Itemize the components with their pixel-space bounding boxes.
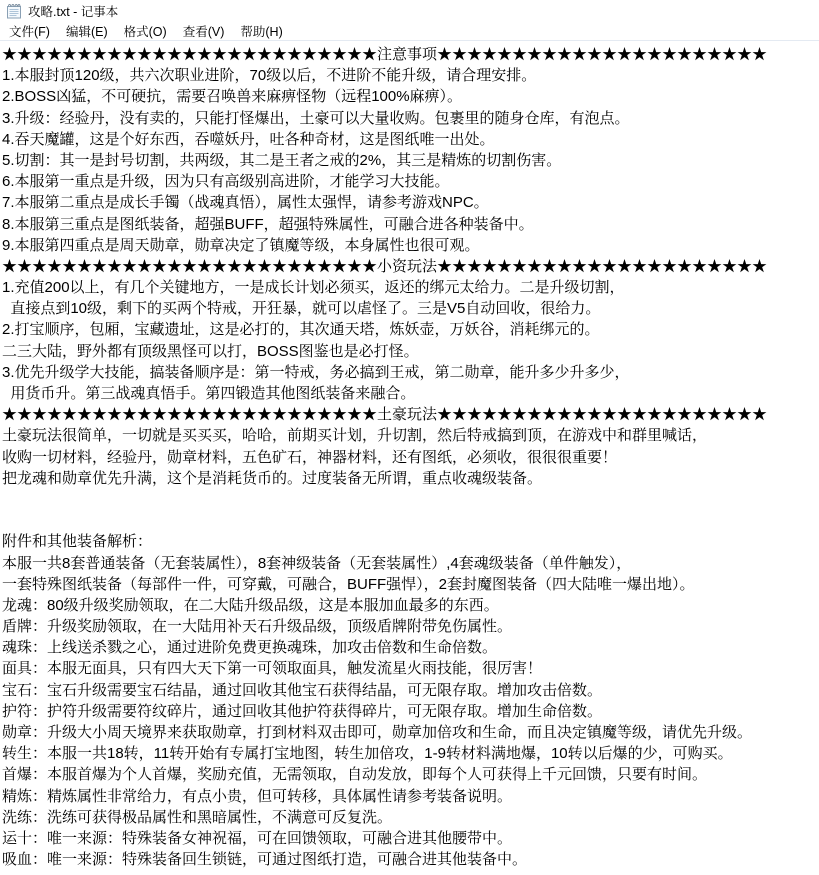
text-line: 转生：本服一共18转，11转开始有专属打宝地图，转生加倍攻，1-9转材料满地爆，… [2, 743, 819, 764]
text-line: 本服一共8套普通装备（无套装属性），8套神级装备（无套装属性）,4套魂级装备（单… [2, 553, 819, 574]
title-bar[interactable]: 攻略.txt - 记事本 [0, 0, 819, 21]
text-line [2, 489, 819, 510]
text-line: ★★★★★★★★★★★★★★★★★★★★★★★★★土豪玩法★★★★★★★★★★★… [2, 404, 819, 425]
text-line: 3.优先升级学大技能，搞装备顺序是：第一特戒，务必搞到王戒，第二勋章，能升多少升… [2, 362, 819, 383]
text-line: 6.本服第一重点是升级，因为只有高级别高进阶，才能学习大技能。 [2, 171, 819, 192]
text-line: 首爆：本服首爆为个人首爆，奖励充值，无需领取，自动发放，即每个人可获得上千元回馈… [2, 764, 819, 785]
text-line: 1.本服封顶120级，共六次职业进阶，70级以后，不进阶不能升级，请合理安排。 [2, 65, 819, 86]
text-line: 4.吞天魔罐，这是个好东西，吞噬妖丹，吐各种奇材，这是图纸唯一出处。 [2, 129, 819, 150]
text-line: 8.本服第三重点是图纸装备，超强BUFF，超强特殊属性，可融合进各种装备中。 [2, 214, 819, 235]
text-line: 护符：护符升级需要符纹碎片，通过回收其他护符获得碎片，可无限存取。增加生命倍数。 [2, 701, 819, 722]
text-line: 土豪玩法很简单，一切就是买买买，哈哈，前期买计划，升切割，然后特戒搞到顶，在游戏… [2, 425, 819, 446]
text-line: 用货币升。第三战魂真悟手。第四锻造其他图纸装备来融合。 [2, 383, 819, 404]
text-editor-area[interactable]: ★★★★★★★★★★★★★★★★★★★★★★★★★注意事项★★★★★★★★★★★… [0, 41, 819, 875]
text-line: 面具：本服无面具，只有四大天下第一可领取面具，触发流星火雨技能，很厉害！ [2, 658, 819, 679]
text-line: 宝石：宝石升级需要宝石结晶，通过回收其他宝石获得结晶，可无限存取。增加攻击倍数。 [2, 680, 819, 701]
text-line: 附件和其他装备解析： [2, 531, 819, 552]
menu-bar: 文件(F) 编辑(E) 格式(O) 查看(V) 帮助(H) [0, 21, 819, 41]
text-line: 3.升级：经验丹，没有卖的，只能打怪爆出，土豪可以大量收购。包裹里的随身仓库，有… [2, 108, 819, 129]
text-line: 收购一切材料，经验丹，勋章材料，五色矿石，神器材料，还有图纸，必须收，很很很重要… [2, 447, 819, 468]
text-line: 洗练：洗练可获得极品属性和黑暗属性，不满意可反复洗。 [2, 807, 819, 828]
text-line: 5.切割：其一是封号切割，共两级，其二是王者之戒的2%，其三是精炼的切割伤害。 [2, 150, 819, 171]
text-line: 二三大陆，野外都有顶级黑怪可以打，BOSS图鉴也是必打怪。 [2, 341, 819, 362]
text-line: 7.本服第二重点是成长手镯（战魂真悟），属性太强悍，请参考游戏NPC。 [2, 192, 819, 213]
text-line: 2.BOSS凶猛，不可硬抗，需要召唤兽来麻痹怪物（远程100%麻痹）。 [2, 86, 819, 107]
menu-help[interactable]: 帮助(H) [232, 20, 290, 42]
window-title: 攻略.txt - 记事本 [28, 2, 118, 20]
text-line: 一套特殊图纸装备（每部件一件，可穿戴，可融合，BUFF强悍），2套封魔图装备（四… [2, 574, 819, 595]
text-line: 龙魂：80级升级奖励领取，在二大陆升级品级，这是本服加血最多的东西。 [2, 595, 819, 616]
text-line: 1.充值200以上，有几个关键地方，一是成长计划必须买，返还的绑元太给力。二是升… [2, 277, 819, 298]
text-line [2, 510, 819, 531]
text-line: ★★★★★★★★★★★★★★★★★★★★★★★★★小资玩法★★★★★★★★★★★… [2, 256, 819, 277]
text-line: 2.打宝顺序，包厢，宝藏遗址，这是必打的，其次通天塔，炼妖壶，万妖谷，消耗绑元的… [2, 319, 819, 340]
text-line: 魂珠：上线送杀戮之心，通过进阶免费更换魂珠，加攻击倍数和生命倍数。 [2, 637, 819, 658]
menu-edit[interactable]: 编辑(E) [58, 20, 116, 42]
text-line: 9.本服第四重点是周天勋章，勋章决定了镇魔等级，本身属性也很可观。 [2, 235, 819, 256]
menu-file[interactable]: 文件(F) [1, 20, 58, 42]
notepad-icon [6, 3, 22, 19]
text-line: 勋章：升级大小周天境界来获取勋章，打到材料双击即可，勋章加倍攻和生命，而且决定镇… [2, 722, 819, 743]
menu-view[interactable]: 查看(V) [175, 20, 233, 42]
text-line: ★★★★★★★★★★★★★★★★★★★★★★★★★注意事项★★★★★★★★★★★… [2, 44, 819, 65]
text-line: 吸血：唯一来源：特殊装备回生锁链，可通过图纸打造，可融合进其他装备中。 [2, 849, 819, 870]
text-line: 运十：唯一来源：特殊装备女神祝福，可在回馈领取，可融合进其他腰带中。 [2, 828, 819, 849]
text-line: 直接点到10级，剩下的买两个特戒，开狂暴，就可以虐怪了。三是V5自动回收，很给力… [2, 298, 819, 319]
text-content: ★★★★★★★★★★★★★★★★★★★★★★★★★注意事项★★★★★★★★★★★… [2, 44, 819, 870]
notepad-window: 攻略.txt - 记事本 文件(F) 编辑(E) 格式(O) 查看(V) 帮助(… [0, 0, 819, 875]
menu-format[interactable]: 格式(O) [116, 20, 175, 42]
text-line: 把龙魂和勋章优先升满，这个是消耗货币的。过度装备无所谓，重点收魂级装备。 [2, 468, 819, 489]
text-line: 精炼：精炼属性非常给力，有点小贵，但可转移，具体属性请参考装备说明。 [2, 786, 819, 807]
text-line: 盾牌：升级奖励领取，在一大陆用补天石升级品级，顶级盾牌附带免伤属性。 [2, 616, 819, 637]
